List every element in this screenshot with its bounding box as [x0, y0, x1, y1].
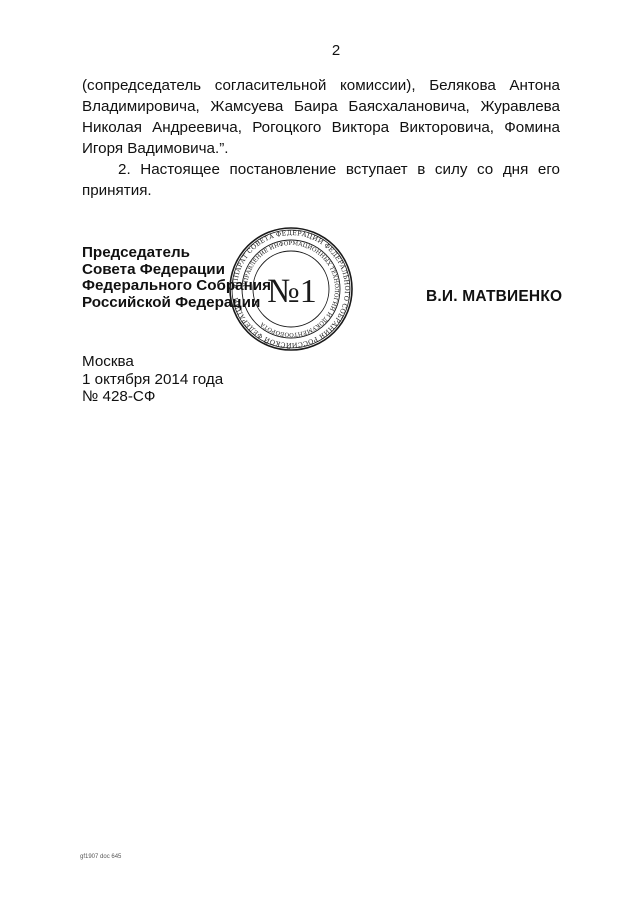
footer-code: gf1907 doc 645 [80, 854, 121, 860]
city: Москва [82, 353, 223, 371]
text-line: Николая Андреевича, Рогоцкого Виктора Ви… [82, 117, 560, 138]
place-and-date: Москва 1 октября 2014 года № 428-СФ [82, 353, 223, 406]
date: 1 октября 2014 года [82, 371, 223, 389]
text-line: (сопредседатель согласительной комиссии)… [82, 75, 560, 96]
paragraph-1: (сопредседатель согласительной комиссии)… [82, 75, 560, 159]
text-line: 2. Настоящее постановление вступает в си… [82, 159, 560, 180]
page-number: 2 [0, 42, 640, 59]
text-line: Владимировича, Жамсуева Баира Баясхалано… [82, 96, 560, 117]
seal-number: №1 [267, 273, 316, 310]
paragraph-2: 2. Настоящее постановление вступает в си… [82, 159, 560, 201]
text-line: Игоря Вадимовича.”. [82, 138, 560, 159]
resolution-text: (сопредседатель согласительной комиссии)… [82, 75, 560, 201]
document-number: № 428-СФ [82, 388, 223, 406]
official-seal-icon: АППАРАТ СОВЕТА ФЕДЕРАЦИИ ФЕДЕРАЛЬНОГО СО… [228, 226, 354, 352]
text-line: принятия. [82, 180, 560, 201]
signer-name: В.И. МАТВИЕНКО [426, 288, 562, 306]
